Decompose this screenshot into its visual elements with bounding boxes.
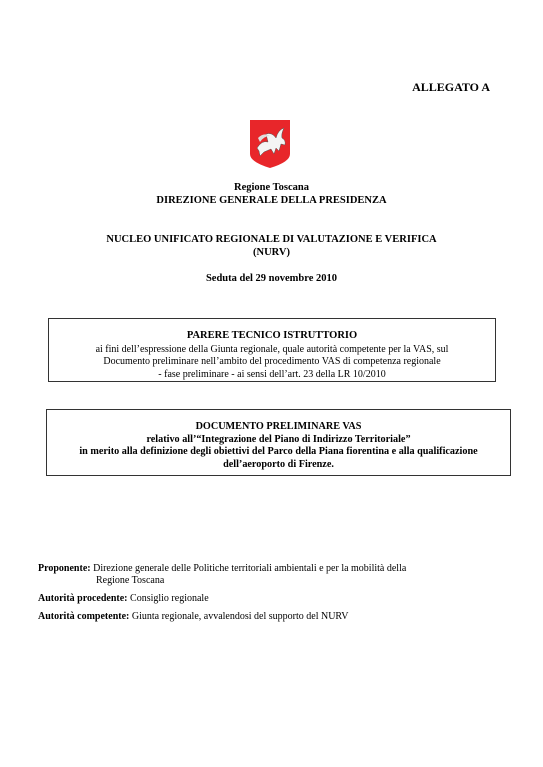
proceeding-authority-label: Autorità procedente: (38, 593, 128, 605)
nurv-line-2: (NURV) (0, 246, 543, 259)
box2-line: in merito alla definizione degli obietti… (47, 446, 510, 459)
authorities-info: Proponente: Direzione generale delle Pol… (38, 563, 406, 629)
box2-line: DOCUMENTO PRELIMINARE VAS (47, 421, 510, 434)
nurv-line-1: NUCLEO UNIFICATO REGIONALE DI VALUTAZION… (0, 233, 543, 246)
attachment-label: ALLEGATO A (380, 80, 490, 95)
preliminary-document-box: DOCUMENTO PRELIMINARE VAS relativo all’“… (46, 409, 511, 476)
session-date: Seduta del 29 novembre 2010 (0, 273, 543, 284)
box1-line: Documento preliminare nell’ambito del pr… (49, 356, 495, 369)
competent-authority-label: Autorità competente: (38, 611, 129, 623)
proponent-value-cont: Regione Toscana (38, 575, 406, 587)
box2-line: dell’aeroporto di Firenze. (47, 459, 510, 472)
box2-line: relativo all’“Integrazione del Piano di … (47, 434, 510, 447)
proponent-value: Direzione generale delle Politiche terri… (91, 563, 407, 574)
technical-opinion-box: PARERE TECNICO ISTRUTTORIO ai fini dell’… (48, 318, 496, 382)
region-heading: Regione Toscana DIREZIONE GENERALE DELLA… (0, 181, 543, 207)
technical-opinion-title: PARERE TECNICO ISTRUTTORIO (49, 330, 495, 343)
nurv-heading: NUCLEO UNIFICATO REGIONALE DI VALUTAZION… (0, 233, 543, 259)
proceeding-authority-value: Consiglio regionale (128, 593, 209, 605)
regione-toscana-emblem-icon (248, 118, 292, 170)
proponent-label: Proponente: (38, 563, 91, 574)
box1-line: - fase preliminare - ai sensi dell’art. … (49, 369, 495, 382)
competent-authority-value: Giunta regionale, avvalendosi del suppor… (129, 611, 348, 623)
region-name: Regione Toscana (0, 181, 543, 194)
box1-line: ai fini dell’espressione della Giunta re… (49, 344, 495, 357)
direction-name: DIREZIONE GENERALE DELLA PRESIDENZA (0, 194, 543, 207)
